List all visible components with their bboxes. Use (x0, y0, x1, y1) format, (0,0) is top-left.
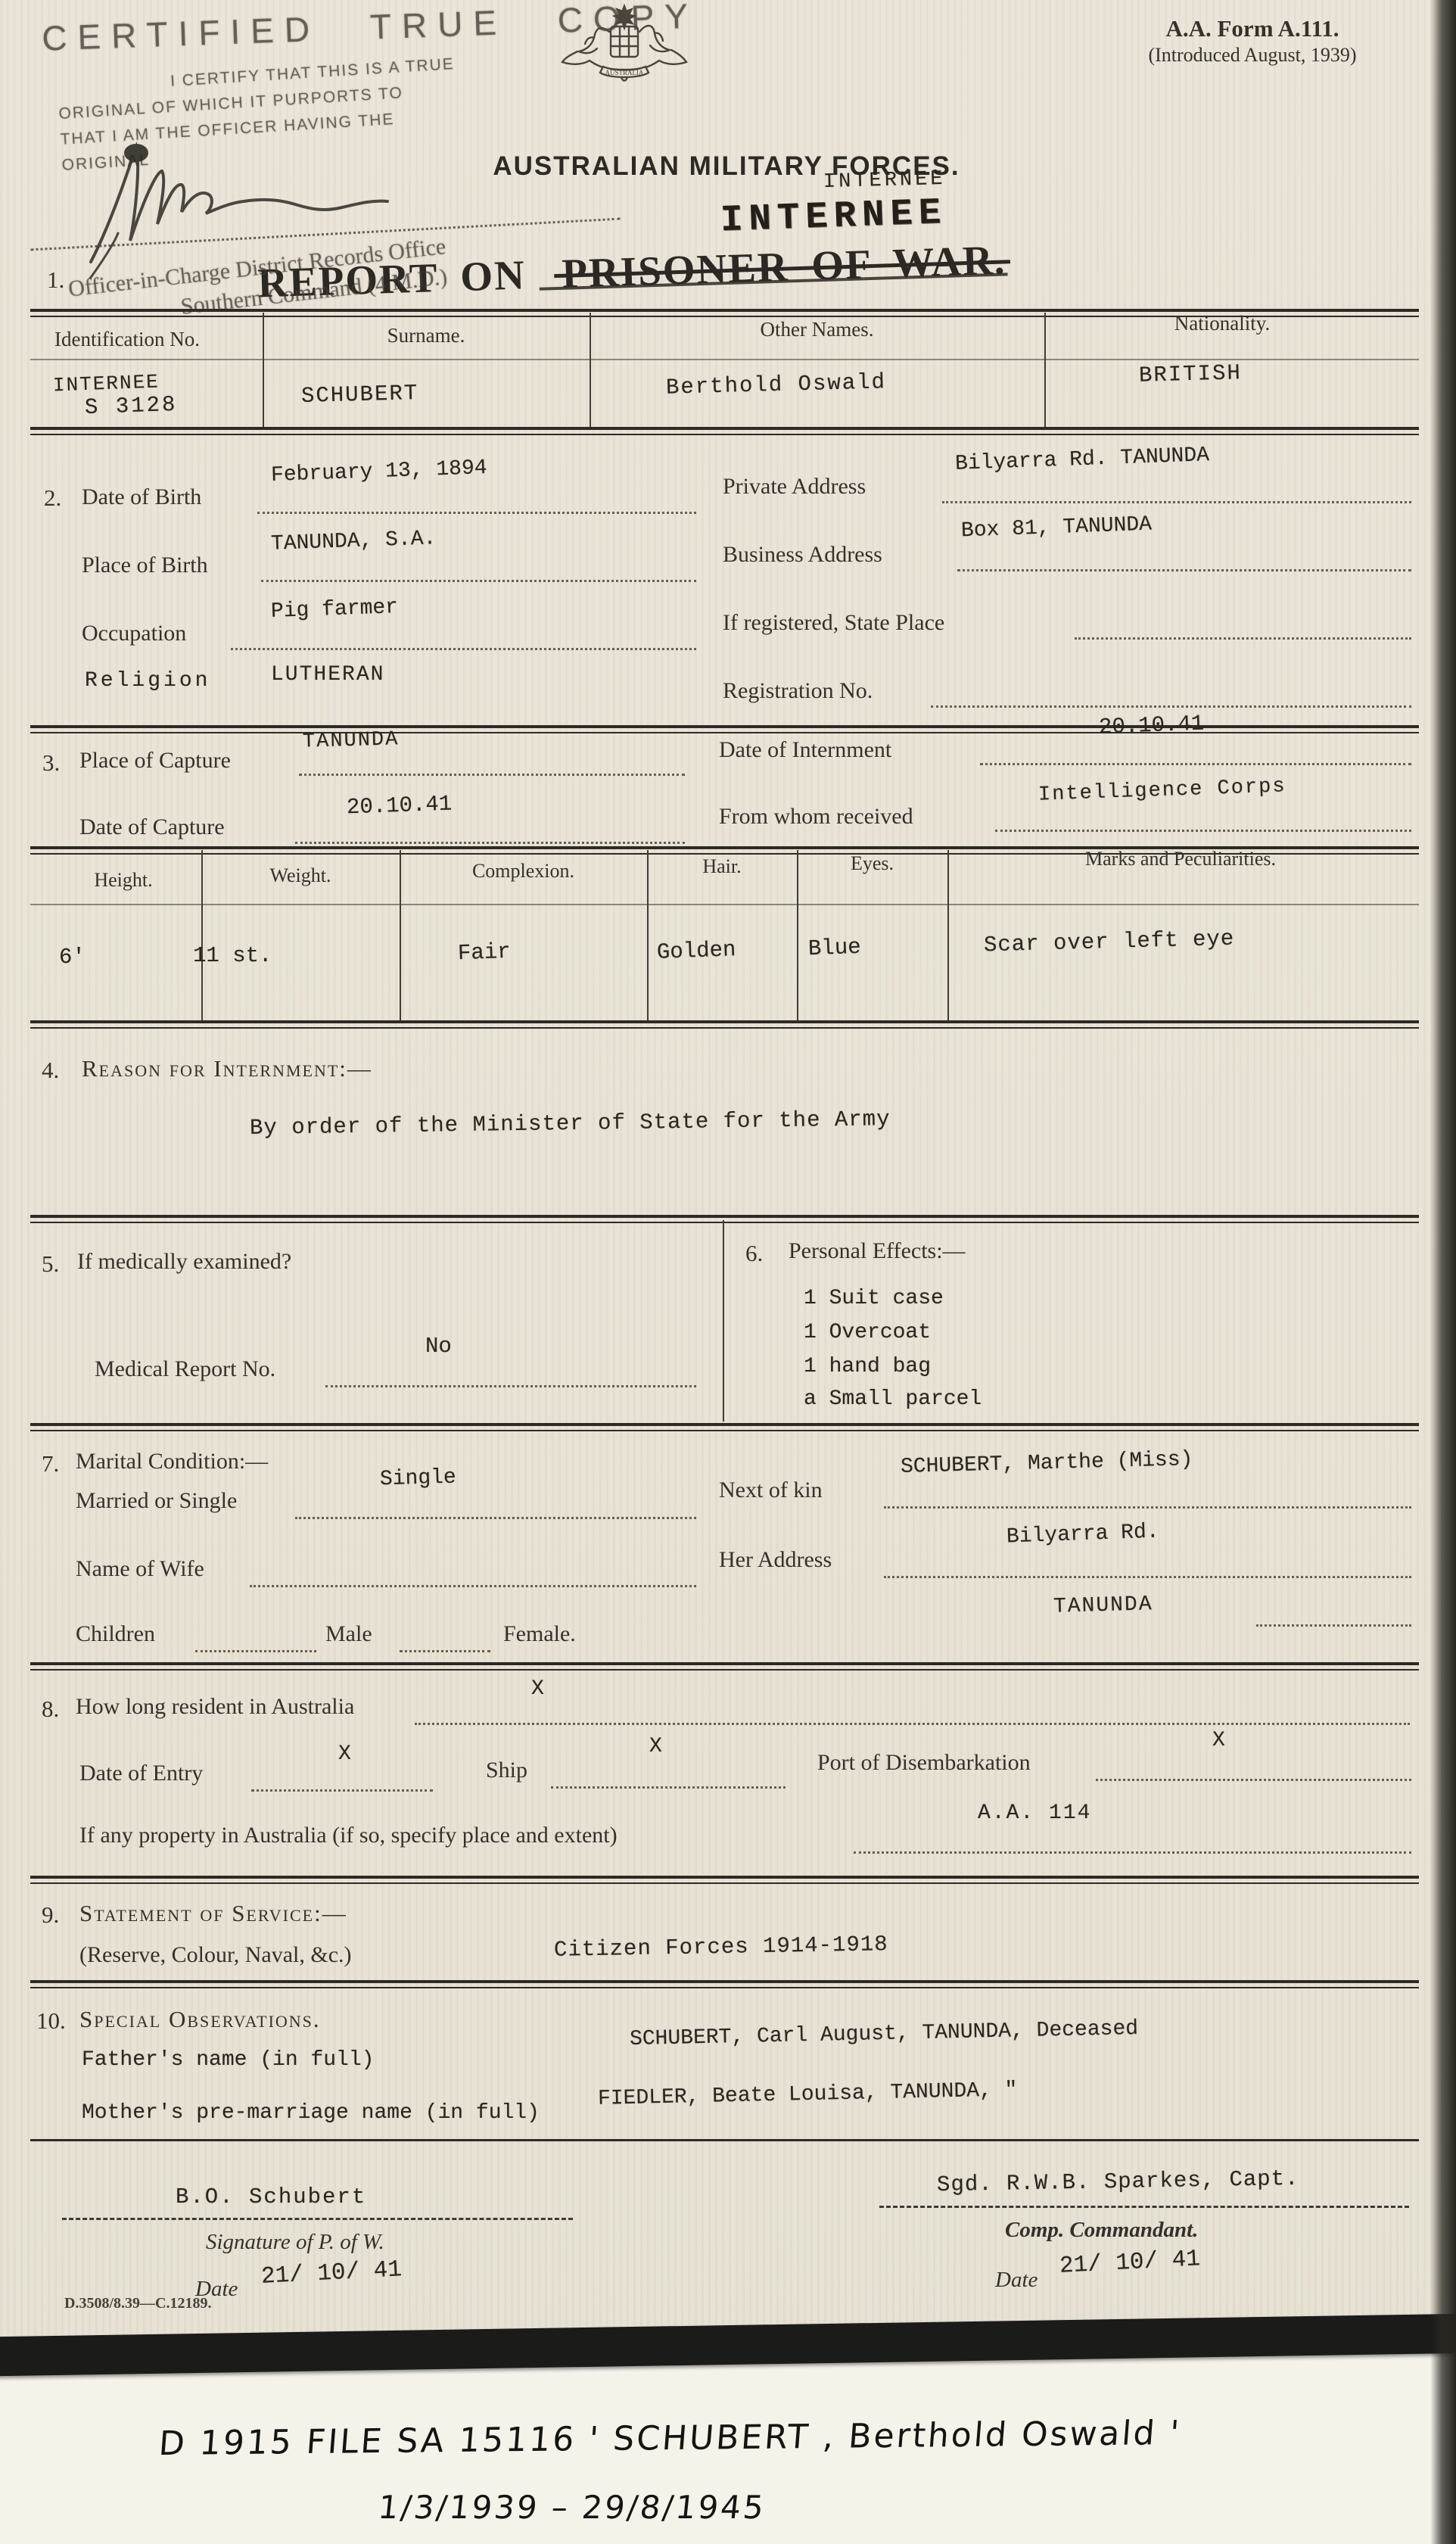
date-of-birth-value: February 13, 1894 (271, 456, 488, 487)
phys-table-divider (947, 850, 949, 1020)
married-or-single-value: Single (380, 1466, 457, 1492)
pow-signature-name: B.O. Schubert (176, 2184, 366, 2209)
religion-label: Religion (85, 669, 210, 693)
item-1-number: 1. (47, 266, 64, 294)
mothers-name-value: FIEDLER, Beate Louisa, TANUNDA, " (598, 2078, 1018, 2111)
registration-no-line (931, 705, 1411, 708)
form-introduced-note: (Introduced August, 1939) (1120, 44, 1385, 67)
rule-below-table1 (30, 427, 1419, 435)
date-of-internment-line (980, 763, 1411, 765)
her-address-value: Bilyarra Rd. (1006, 1520, 1160, 1549)
complexion-value: Fair (457, 939, 511, 966)
religion-value: LUTHERAN (271, 663, 384, 687)
male-line (400, 1650, 490, 1652)
eyes-value: Blue (807, 935, 861, 961)
officer-date-label: Date (995, 2268, 1038, 2293)
date-of-capture-label: Date of Capture (79, 814, 225, 840)
rule-table1-header-underline (30, 359, 1419, 360)
phys-header-marks: Marks and Peculiarities. (947, 848, 1414, 870)
medical-report-no-line (325, 1385, 696, 1387)
date-of-capture-value: 20.10.41 (346, 792, 452, 820)
statement-of-service-value: Citizen Forces 1914-1918 (554, 1932, 888, 1963)
from-whom-received-value: Intelligence Corps (1038, 775, 1287, 806)
item-4-number: 4. (42, 1057, 59, 1084)
female-label: Female. (503, 1621, 576, 1647)
business-address-value: Box 81, TANUNDA (961, 513, 1153, 543)
pow-signature-line (62, 2218, 573, 2220)
occupation-line (231, 648, 696, 650)
internee-overtype-small: INTERNEE (823, 168, 946, 194)
fathers-name-value: SCHUBERT, Carl August, TANUNDA, Deceased (630, 2017, 1139, 2051)
place-of-capture-value: TANUNDA (303, 728, 400, 753)
date-of-capture-line (295, 842, 685, 844)
coat-of-arms-scroll-text: AUSTRALIA (605, 69, 644, 76)
male-label: Male (325, 1621, 372, 1647)
place-of-birth-value: TANUNDA, S.A. (271, 527, 437, 556)
married-or-single-label: Married or Single (76, 1488, 237, 1514)
phys-table-divider (797, 850, 798, 1020)
personal-effects-item: a Small parcel (804, 1387, 982, 1411)
height-value: 6' (59, 945, 86, 970)
private-address-value: Bilyarra Rd. TANUNDA (955, 444, 1210, 476)
date-of-entry-label: Date of Entry (79, 1761, 203, 1786)
place-of-birth-label: Place of Birth (82, 553, 208, 578)
place-of-capture-label: Place of Capture (79, 748, 231, 774)
archive-annotation-line2: 1/3/1939 – 29/8/1945 (376, 2489, 767, 2526)
married-or-single-line (295, 1517, 696, 1519)
internee-overtype-large: INTERNEE (720, 192, 947, 241)
resident-label: How long resident in Australia (76, 1694, 354, 1720)
name-of-wife-label: Name of Wife (76, 1556, 204, 1582)
phys-header-complexion: Complexion. (400, 860, 647, 883)
officer-signature-name: Sgd. R.W.B. Sparkes, Capt. (937, 2166, 1299, 2197)
surname-value: SCHUBERT (301, 381, 419, 409)
nationality-value: BRITISH (1139, 360, 1243, 388)
item-3-number: 3. (42, 749, 60, 777)
port-line (1096, 1779, 1411, 1781)
phys-header-height: Height. (45, 869, 201, 892)
hair-value: Golden (656, 937, 736, 965)
item-7-number: 7. (42, 1450, 59, 1478)
phys-header-eyes: Eyes. (797, 852, 947, 875)
marks-value: Scar over left eye (984, 926, 1235, 958)
occupation-value: Pig farmer (271, 596, 399, 624)
statement-of-service-subheading: (Reserve, Colour, Naval, &c.) (79, 1942, 352, 1968)
item-6-number: 6. (745, 1240, 763, 1267)
rule-phys-header-underline (30, 904, 1419, 905)
table1-header-identification: Identification No. (54, 328, 200, 351)
date-of-birth-line (257, 512, 696, 514)
date-of-birth-label: Date of Birth (82, 484, 201, 510)
property-value: A.A. 114 (978, 1801, 1091, 1825)
reason-for-internment-heading: Reason for Internment:— (82, 1055, 372, 1082)
ship-value: X (649, 1735, 662, 1758)
if-registered-line (1075, 637, 1411, 640)
property-label: If any property in Australia (if so, spe… (79, 1823, 618, 1848)
phys-header-weight: Weight. (201, 864, 400, 887)
next-of-kin-line (884, 1506, 1411, 1509)
item-10-number: 10. (36, 2007, 66, 2035)
children-label: Children (76, 1621, 155, 1647)
from-whom-received-label: From whom received (719, 804, 913, 830)
pow-date-value: 21/ 10/ 41 (260, 2256, 403, 2290)
port-label: Port of Disembarkation (817, 1750, 1031, 1776)
business-address-line (957, 569, 1411, 571)
medical-report-no-label: Medical Report No. (95, 1356, 275, 1382)
personal-effects-heading: Personal Effects:— (789, 1238, 966, 1264)
rule-above-section9 (30, 1876, 1419, 1884)
item-9-number: 9. (42, 1901, 59, 1929)
from-whom-received-line (995, 830, 1411, 832)
reason-for-internment-value: By order of the Minister of State for th… (250, 1107, 891, 1141)
item-5-number: 5. (42, 1250, 59, 1278)
her-address-label: Her Address (719, 1547, 832, 1573)
table1-header-nationality: Nationality. (1044, 312, 1400, 335)
next-of-kin-value: SCHUBERT, Marthe (Miss) (901, 1448, 1193, 1479)
children-line (195, 1650, 316, 1652)
rule-above-section4 (30, 1020, 1419, 1029)
place-of-capture-line (299, 774, 685, 776)
rule-above-section5 (30, 1215, 1419, 1223)
rule-above-signatures (30, 2139, 1419, 2141)
date-of-internment-value: 20.10.41 (1098, 712, 1204, 740)
personal-effects-item: 1 Suit case (804, 1287, 944, 1310)
ship-line (551, 1786, 786, 1789)
ship-label: Ship (486, 1758, 527, 1783)
table1-header-surname: Surname. (263, 324, 590, 347)
place-of-birth-line (261, 580, 696, 582)
identification-no-value-line2: S 3128 (84, 392, 177, 420)
special-observations-heading: Special Observations. (79, 2006, 321, 2033)
date-of-internment-label: Date of Internment (719, 737, 891, 763)
pow-signature-caption: Signature of P. of W. (206, 2230, 384, 2255)
medically-examined-label: If medically examined? (77, 1249, 291, 1275)
personal-effects-item: 1 Overcoat (804, 1321, 931, 1344)
form-number: A.A. Form A.111. (1128, 15, 1377, 42)
rule-above-section10 (30, 1980, 1419, 1988)
statement-of-service-heading: Statement of Service:— (79, 1900, 347, 1927)
phys-header-hair: Hair. (647, 855, 797, 878)
fathers-name-label: Father's name (in full) (82, 2048, 374, 2072)
marital-condition-heading: Marital Condition:— (76, 1449, 268, 1474)
if-registered-label: If registered, State Place (723, 610, 944, 636)
her-address-line2 (1256, 1624, 1411, 1627)
private-address-line (942, 501, 1411, 503)
officer-signature-caption: Comp. Commandant. (1005, 2218, 1198, 2243)
port-value: X (1212, 1729, 1225, 1752)
property-line (854, 1851, 1411, 1854)
date-of-entry-line (251, 1789, 433, 1792)
officer-signature-line (879, 2206, 1409, 2208)
her-address-value-line2: TANUNDA (1053, 1593, 1153, 1618)
print-code: D.3508/8.39—C.12189. (64, 2295, 211, 2312)
weight-value: 11 st. (193, 943, 272, 968)
item-8-number: 8. (42, 1695, 59, 1723)
next-of-kin-label: Next of kin (719, 1478, 823, 1503)
rule-above-section8 (30, 1662, 1419, 1671)
coat-of-arms-icon: AUSTRALIA (556, 2, 692, 86)
resident-value: X (531, 1677, 544, 1701)
table1-header-other-names: Other Names. (590, 318, 1044, 341)
medical-report-no-value: No (425, 1334, 452, 1359)
her-address-line (884, 1576, 1411, 1578)
name-of-wife-line (250, 1585, 696, 1587)
scan-edge-right (1430, 0, 1456, 2544)
rule-above-section3 (30, 725, 1419, 733)
rule-above-section7 (30, 1423, 1419, 1431)
officer-date-value: 21/ 10/ 41 (1059, 2246, 1201, 2280)
other-names-value: Berthold Oswald (666, 369, 887, 400)
occupation-label: Occupation (82, 621, 186, 646)
section5-6-divider (723, 1220, 724, 1421)
private-address-label: Private Address (723, 474, 866, 500)
date-of-entry-value: X (338, 1742, 351, 1766)
business-address-label: Business Address (723, 542, 882, 568)
personal-effects-item: 1 hand bag (804, 1355, 931, 1378)
resident-line (415, 1723, 1410, 1725)
registration-no-label: Registration No. (723, 678, 873, 704)
item-2-number: 2. (44, 484, 61, 512)
mothers-name-label: Mother's pre-marriage name (in full) (82, 2101, 540, 2125)
scanned-internee-report-form: CERTIFIED TRUE COPY I CERTIFY THAT THIS … (0, 0, 1456, 2544)
